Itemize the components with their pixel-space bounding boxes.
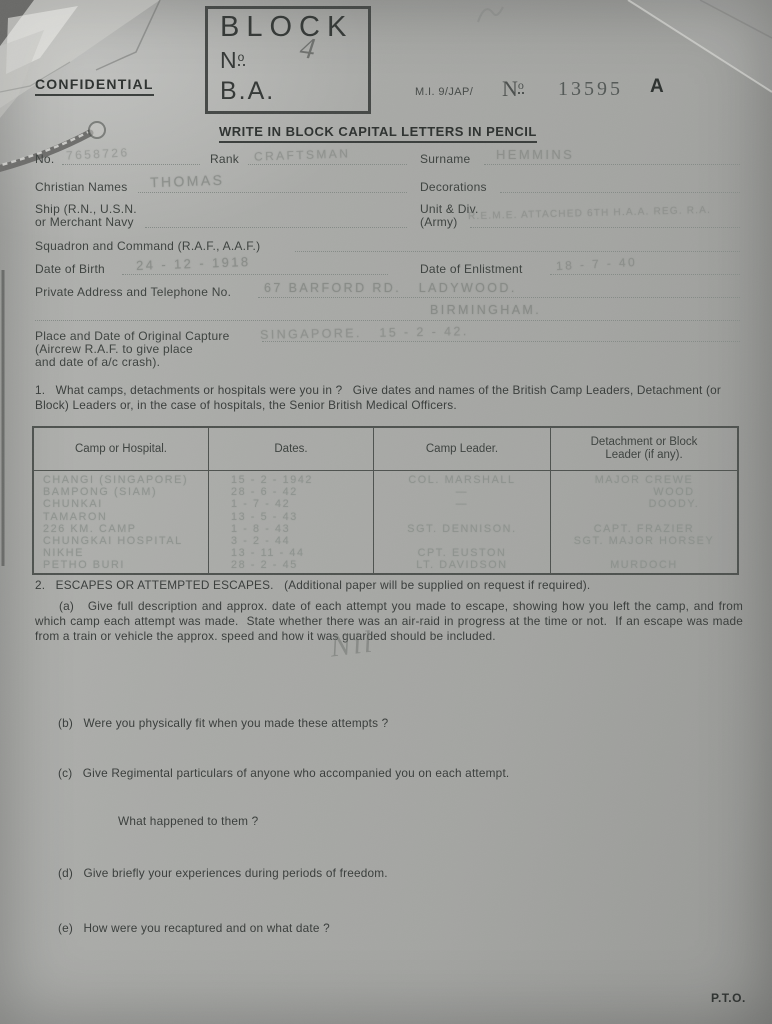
field-value-enlistment: 18 - 7 - 40 <box>556 255 638 273</box>
field-label-surname: Surname <box>420 153 470 166</box>
field-value-surname: HEMMINS <box>496 147 574 162</box>
crease-line-left <box>96 0 160 70</box>
field-line-rank <box>248 164 407 165</box>
table-cell: 3 - 2 - 44 <box>209 535 373 547</box>
mi9-reference-prefix: M.I. 9/JAP/ <box>415 86 473 98</box>
field-line-unit <box>470 227 740 228</box>
table-cell: CHANGI (SINGAPORE) <box>34 474 208 486</box>
table-cell: SGT. DENNISON. <box>374 523 550 535</box>
mi9-no-label: No <box>502 76 524 102</box>
table-cell: — <box>374 486 550 498</box>
field-label-address: Private Address and Telephone No. <box>35 286 231 299</box>
crumple-highlight <box>6 6 78 74</box>
scanned-pow-questionnaire-form: CONFIDENTIAL BLOCK No B.A. 4 M.I. 9/JAP/… <box>0 0 772 1024</box>
table-header-leader: Camp Leader. <box>374 428 551 470</box>
field-label-unit-line2: (Army) <box>420 216 458 229</box>
field-line-christian-names <box>138 192 407 193</box>
table-cell: NIKHE <box>34 547 208 559</box>
field-label-rank: Rank <box>210 153 239 166</box>
table-cell: 13 - 11 - 44 <box>209 547 373 559</box>
field-line-dob <box>122 274 388 275</box>
block-stamp-line3: B.A. <box>220 77 275 106</box>
field-line-address2 <box>35 320 740 321</box>
question-2a-text: (a) Give full description and approx. da… <box>35 599 743 643</box>
question-2-intro: 2. ESCAPES OR ATTEMPTED ESCAPES. (Additi… <box>35 578 741 593</box>
table-cell <box>374 511 550 523</box>
question-2d-text: (d) Give briefly your experiences during… <box>58 866 738 881</box>
corner-shadow-triangle <box>0 0 34 46</box>
field-line-address <box>258 297 740 298</box>
question-2b-text: (b) Were you physically fit when you mad… <box>58 716 738 731</box>
field-value-rank: CRAFTSMAN <box>254 146 351 163</box>
field-line-ship <box>145 227 407 228</box>
block-number-stamp-box: BLOCK No B.A. <box>205 6 371 114</box>
field-label-decorations: Decorations <box>420 181 487 194</box>
camps-table: Camp or Hospital. Dates. Camp Leader. De… <box>32 426 739 575</box>
field-value-dob: 24 - 12 - 1918 <box>136 254 251 273</box>
question-2e-text: (e) How were you recaptured and on what … <box>58 921 738 936</box>
table-cell: MURDOCH <box>551 559 737 571</box>
table-cell: LT. DAVIDSON <box>374 559 550 571</box>
table-cell: TAMARON <box>34 511 208 523</box>
block-stamp-line2: No <box>220 47 245 74</box>
field-line-no <box>62 164 200 165</box>
field-value-christian-names: THOMAS <box>150 172 225 191</box>
table-column-camp: CHANGI (SINGAPORE) BAMPONG (SIAM) CHUNKA… <box>34 471 209 573</box>
handwritten-answer-nil: Nil <box>328 623 376 664</box>
table-cell <box>551 511 737 523</box>
mi9-serial-number: 13595 <box>558 78 623 101</box>
field-label-squadron: Squadron and Command (R.A.F., A.A.F.) <box>35 240 260 253</box>
field-label-dob: Date of Birth <box>35 263 105 276</box>
table-cell: 226 KM. CAMP <box>34 523 208 535</box>
field-label-enlistment: Date of Enlistment <box>420 263 523 276</box>
table-cell: 15 - 2 - 1942 <box>209 474 373 486</box>
table-cell: 28 - 2 - 45 <box>209 559 373 571</box>
field-label-ship-line2: or Merchant Navy <box>35 216 134 229</box>
table-column-leader: COL. MARSHALL — — SGT. DENNISON. CPT. EU… <box>374 471 551 573</box>
table-column-block-leader: MAJOR CREWE WOOD DOODY. CAPT. FRAZIER SG… <box>551 471 737 573</box>
field-label-capture-line3: and date of a/c crash). <box>35 356 160 369</box>
camps-table-header-row: Camp or Hospital. Dates. Camp Leader. De… <box>34 428 737 471</box>
field-line-squadron <box>295 251 740 252</box>
question-2c-followup-text: What happened to them ? <box>118 814 258 829</box>
table-cell <box>374 535 550 547</box>
field-value-address-line1: 67 BARFORD RD. LADYWOOD. <box>264 281 517 295</box>
table-cell: — <box>374 498 550 510</box>
table-cell: 28 - 6 - 42 <box>209 486 373 498</box>
field-label-christian-names: Christian Names <box>35 181 127 194</box>
pto-label: P.T.O. <box>711 991 746 1005</box>
table-cell: BAMPONG (SIAM) <box>34 486 208 498</box>
table-cell: 1 - 7 - 42 <box>209 498 373 510</box>
table-cell: WOOD <box>551 486 737 498</box>
question-2c-text: (c) Give Regimental particulars of anyon… <box>58 766 738 781</box>
table-cell: CAPT. FRAZIER <box>551 523 737 535</box>
table-header-dates: Dates. <box>209 428 374 470</box>
pencil-scribble <box>478 7 503 22</box>
table-cell: COL. MARSHALL <box>374 474 550 486</box>
field-value-unit: R.E.M.E. ATTACHED 6TH H.A.A. REG. R.A. <box>468 205 711 222</box>
crumple-shade <box>0 30 44 118</box>
mi9-series-letter: A <box>650 76 664 98</box>
field-value-address-line2: BIRMINGHAM. <box>430 303 541 317</box>
field-label-no: No. <box>35 153 54 166</box>
table-header-camp: Camp or Hospital. <box>34 428 209 470</box>
question-1-text: 1. What camps, detachments or hospitals … <box>35 383 741 413</box>
confidential-stamp: CONFIDENTIAL <box>35 76 154 96</box>
table-cell: CHUNKAI <box>34 498 208 510</box>
field-line-capture <box>262 341 740 342</box>
table-cell: 13 - 5 - 43 <box>209 511 373 523</box>
table-cell <box>551 547 737 559</box>
crease-line-topright2 <box>700 0 772 38</box>
field-line-enlistment <box>550 274 740 275</box>
table-cell: CHUNGKAI HOSPITAL <box>34 535 208 547</box>
table-header-block-leader: Detachment or Block Leader (if any). <box>551 428 737 470</box>
field-line-surname <box>484 164 740 165</box>
field-value-no: 7658726 <box>66 145 130 162</box>
block-stamp-line1: BLOCK <box>220 11 353 44</box>
field-line-decorations <box>500 192 740 193</box>
table-column-dates: 15 - 2 - 1942 28 - 6 - 42 1 - 7 - 42 13 … <box>209 471 374 573</box>
punch-hole <box>89 122 105 138</box>
camps-table-body: CHANGI (SINGAPORE) BAMPONG (SIAM) CHUNKA… <box>34 471 737 573</box>
form-heading: WRITE IN BLOCK CAPITAL LETTERS IN PENCIL <box>219 124 537 143</box>
table-cell: 1 - 8 - 43 <box>209 523 373 535</box>
table-cell: DOODY. <box>551 498 737 510</box>
table-cell: PETHO BURI <box>34 559 208 571</box>
table-cell: SGT. MAJOR HORSEY <box>551 535 737 547</box>
table-cell: CPT. EUSTON <box>374 547 550 559</box>
field-value-capture: SINGAPORE. 15 - 2 - 42. <box>260 324 469 342</box>
table-cell: MAJOR CREWE <box>551 474 737 486</box>
